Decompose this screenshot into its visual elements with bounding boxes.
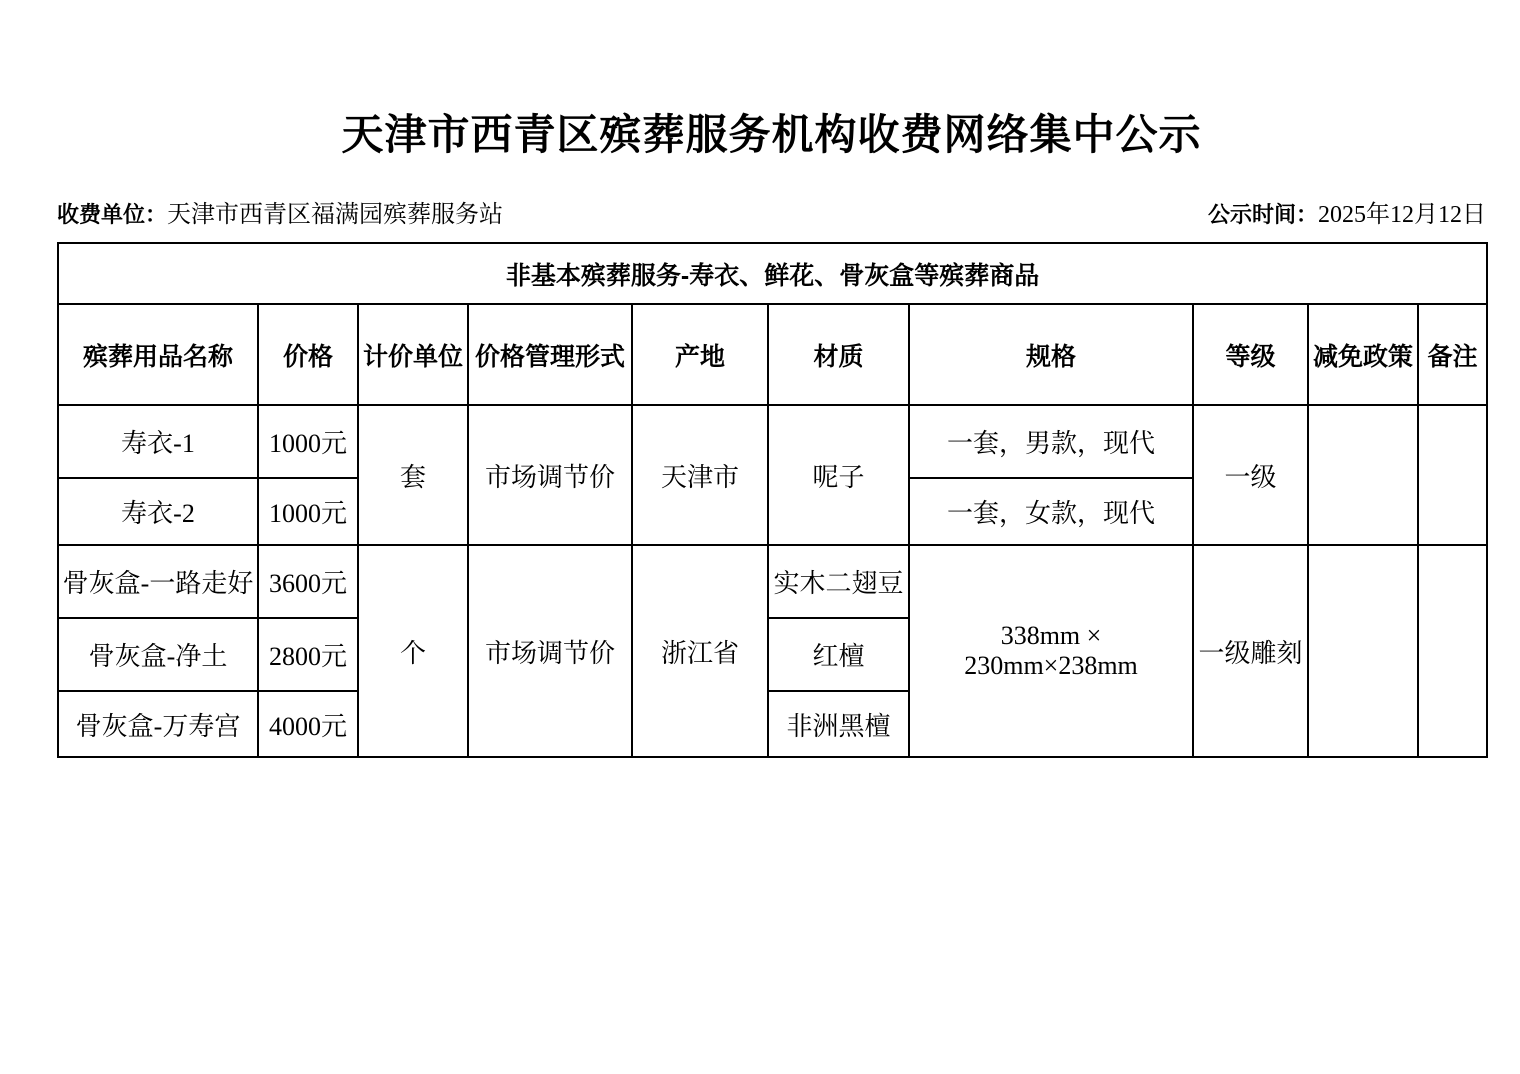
material-cell: 实木二翅豆 <box>768 545 909 618</box>
origin-cell: 天津市 <box>632 405 768 545</box>
spec-cell: 338mm × 230mm×238mm <box>909 545 1193 757</box>
price-cell: 3600元 <box>258 545 358 618</box>
price-cell: 1000元 <box>258 405 358 478</box>
table-row: 寿衣-1 1000元 套 市场调节价 天津市 呢子 一套，男款，现代 一级 <box>58 405 1487 478</box>
origin-cell: 浙江省 <box>632 545 768 757</box>
publish-time-value: 2025年12月12日 <box>1318 202 1486 228</box>
product-name-cell: 寿衣-1 <box>58 405 258 478</box>
product-name-cell: 骨灰盒-净土 <box>58 618 258 691</box>
material-cell: 呢子 <box>768 405 909 545</box>
note-cell <box>1418 405 1487 545</box>
column-header-product-name: 殡葬用品名称 <box>58 304 258 405</box>
table-row: 骨灰盒-一路走好 3600元 个 市场调节价 浙江省 实木二翅豆 338mm ×… <box>58 545 1487 618</box>
column-header-unit: 计价单位 <box>358 304 468 405</box>
product-name-cell: 骨灰盒-一路走好 <box>58 545 258 618</box>
price-management-cell: 市场调节价 <box>468 545 632 757</box>
unit-cell: 个 <box>358 545 468 757</box>
column-header-origin: 产地 <box>632 304 768 405</box>
fee-table: 非基本殡葬服务-寿衣、鲜花、骨灰盒等殡葬商品 殡葬用品名称 价格 计价单位 价格… <box>57 242 1488 758</box>
charge-unit-value: 天津市西青区福满园殡葬服务站 <box>167 202 503 228</box>
price-cell: 1000元 <box>258 478 358 545</box>
policy-cell <box>1308 545 1418 757</box>
column-header-material: 材质 <box>768 304 909 405</box>
spec-cell: 一套，男款，现代 <box>909 405 1193 478</box>
column-header-note: 备注 <box>1418 304 1487 405</box>
product-name-cell: 寿衣-2 <box>58 478 258 545</box>
column-header-price-management: 价格管理形式 <box>468 304 632 405</box>
section-title-cell: 非基本殡葬服务-寿衣、鲜花、骨灰盒等殡葬商品 <box>58 243 1487 304</box>
page-title: 天津市西青区殡葬服务机构收费网络集中公示 <box>57 110 1486 162</box>
meta-row: 收费单位：天津市西青区福满园殡葬服务站 公示时间：2025年12月12日 <box>57 194 1486 229</box>
policy-cell <box>1308 405 1418 545</box>
material-cell: 非洲黑檀 <box>768 691 909 757</box>
charge-unit-label: 收费单位： <box>57 202 167 227</box>
material-cell: 红檀 <box>768 618 909 691</box>
column-header-spec: 规格 <box>909 304 1193 405</box>
grade-cell: 一级 <box>1193 405 1308 545</box>
grade-cell: 一级雕刻 <box>1193 545 1308 757</box>
column-header-price: 价格 <box>258 304 358 405</box>
column-header-row: 殡葬用品名称 价格 计价单位 价格管理形式 产地 材质 规格 等级 减免政策 备… <box>58 304 1487 405</box>
column-header-policy: 减免政策 <box>1308 304 1418 405</box>
price-cell: 4000元 <box>258 691 358 757</box>
spec-cell: 一套，女款，现代 <box>909 478 1193 545</box>
price-cell: 2800元 <box>258 618 358 691</box>
note-cell <box>1418 545 1487 757</box>
column-header-grade: 等级 <box>1193 304 1308 405</box>
charge-unit: 收费单位：天津市西青区福满园殡葬服务站 <box>57 194 503 229</box>
document-page: 天津市西青区殡葬服务机构收费网络集中公示 收费单位：天津市西青区福满园殡葬服务站… <box>0 0 1520 1074</box>
section-title-row: 非基本殡葬服务-寿衣、鲜花、骨灰盒等殡葬商品 <box>58 243 1487 304</box>
product-name-cell: 骨灰盒-万寿宫 <box>58 691 258 757</box>
publish-time-label: 公示时间： <box>1208 202 1318 227</box>
unit-cell: 套 <box>358 405 468 545</box>
publish-time: 公示时间：2025年12月12日 <box>1208 194 1486 229</box>
price-management-cell: 市场调节价 <box>468 405 632 545</box>
